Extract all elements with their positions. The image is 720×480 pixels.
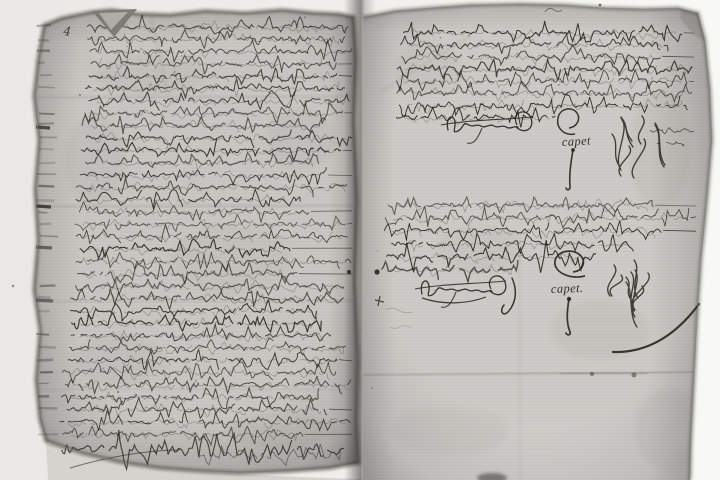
stain <box>170 225 290 295</box>
margin-mark <box>38 347 56 348</box>
ink-dot <box>347 270 351 274</box>
paper-speck <box>668 38 669 39</box>
right-page-texture <box>360 0 716 480</box>
paper-speck <box>218 310 220 312</box>
paper-speck <box>50 376 51 377</box>
manuscript-scene: 4 <box>0 0 720 480</box>
paper-speck <box>91 65 92 66</box>
paper-speck <box>447 262 449 264</box>
paper-speck <box>558 84 560 86</box>
folio-number: 4 <box>62 24 72 39</box>
stain <box>390 405 510 455</box>
manuscript-photograph: 4 <box>0 0 720 480</box>
margin-mark <box>38 297 51 298</box>
paper-speck <box>565 251 567 253</box>
paper-speck <box>497 215 499 217</box>
paper-speck <box>433 290 434 291</box>
crease-dirt <box>632 373 637 378</box>
left-page: 4 <box>30 6 360 478</box>
notary-signature-capet-2: capet. <box>551 281 584 296</box>
paper-speck <box>440 37 442 39</box>
paper-speck <box>361 328 363 330</box>
right-page: capet capet. <box>347 0 716 480</box>
margin-mark <box>39 186 55 187</box>
paper-speck <box>237 130 239 132</box>
margin-mark <box>38 149 53 150</box>
ink-dot <box>374 269 379 274</box>
paper-speck <box>283 200 284 201</box>
margin-mark <box>38 408 58 409</box>
paper-speck <box>304 16 306 18</box>
paper-speck <box>299 65 300 66</box>
margin-mark <box>40 286 56 287</box>
paper-speck <box>117 391 119 393</box>
crease-dirt <box>590 372 594 376</box>
paper-speck <box>356 387 357 388</box>
paraph-knob <box>567 297 571 301</box>
margin-mark <box>39 114 55 115</box>
margin-mark <box>40 236 58 237</box>
paper-speck <box>181 55 182 56</box>
margin-smear <box>36 206 51 207</box>
margin-mark <box>39 224 51 225</box>
paper-speck <box>560 253 563 256</box>
paraph-knob <box>571 148 575 152</box>
paper-speck <box>292 272 293 273</box>
paper-speck <box>242 212 243 213</box>
paper-speck <box>48 440 49 441</box>
margin-mark <box>38 212 47 213</box>
margin-smear <box>36 300 53 301</box>
crease-vertical-faint <box>519 250 521 480</box>
stain <box>225 412 335 448</box>
paper-speck <box>97 315 98 316</box>
paper-speck <box>377 250 378 251</box>
paper-speck <box>79 94 81 96</box>
margin-mark <box>38 123 54 124</box>
margin-mark <box>39 163 55 164</box>
backdrop-speck <box>12 285 15 288</box>
paper-speck <box>371 387 373 389</box>
paper-speck <box>131 107 132 108</box>
notary-signature-capet-1: capet <box>561 133 591 149</box>
paper-speck <box>476 262 478 264</box>
paper-speck <box>127 46 129 48</box>
margin-mark <box>38 87 55 88</box>
backdrop-speck <box>599 4 602 7</box>
paper-speck <box>315 30 317 32</box>
fold-crease <box>38 389 357 390</box>
